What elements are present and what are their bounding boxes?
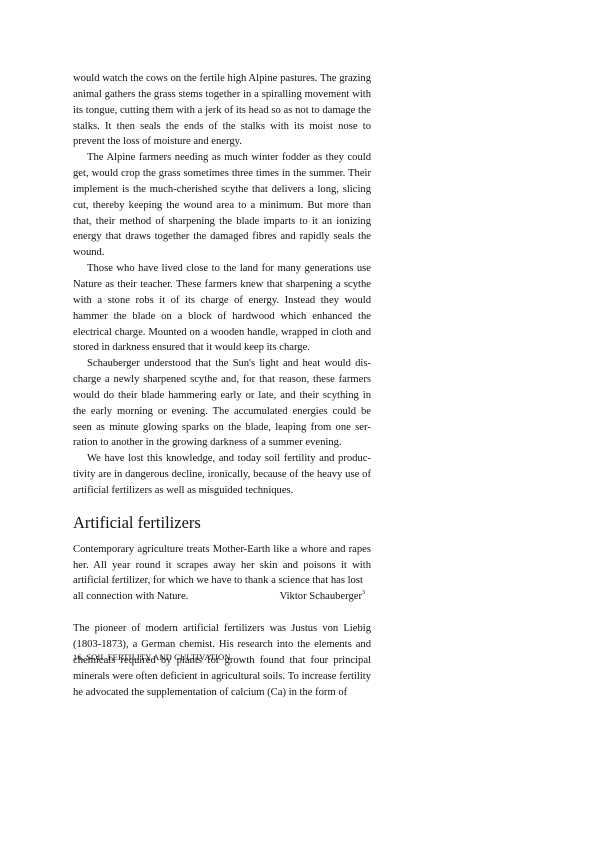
quote-author-name: Viktor Schauberger — [280, 591, 362, 602]
body-paragraph: The Alpine farmers needing as much winte… — [73, 150, 371, 261]
quote-text: Contemporary agriculture treats Mother-E… — [73, 542, 371, 590]
spacer — [73, 605, 371, 621]
epigraph-quote: Contemporary agriculture treats Mother-E… — [73, 542, 371, 605]
running-footer: 16. SOIL FERTILITY AND CULTIVATION — [73, 652, 231, 662]
section-heading: Artificial fertilizers — [73, 513, 371, 533]
body-paragraph: would watch the cows on the fertile high… — [73, 71, 371, 150]
quote-author: Viktor Schauberger3 — [280, 589, 371, 605]
body-paragraph: Schauberger understood that the Sun's li… — [73, 356, 371, 451]
quote-attribution-line: all connection with Nature. Viktor Schau… — [73, 589, 371, 605]
body-paragraph: We have lost this knowledge, and today s… — [73, 451, 371, 499]
quote-last-line: all connection with Nature. — [73, 589, 188, 605]
body-paragraph: Those who have lived close to the land f… — [73, 261, 371, 356]
page-body: would watch the cows on the fertile high… — [73, 71, 371, 700]
footnote-marker: 3 — [362, 590, 365, 596]
